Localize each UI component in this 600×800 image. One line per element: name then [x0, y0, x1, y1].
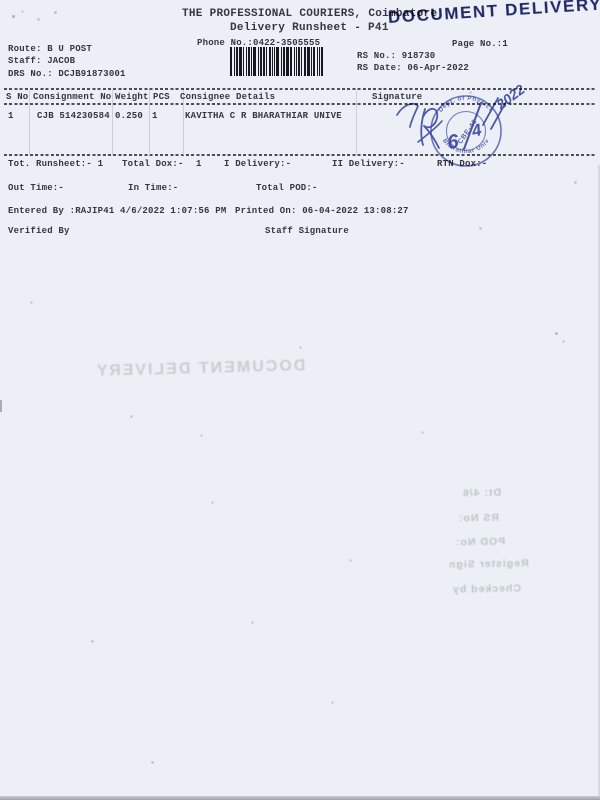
document-subtitle: Delivery Runsheet - P41 [230, 22, 389, 35]
barcode-bar [272, 47, 273, 76]
barcode-bar [248, 47, 250, 76]
page-number: Page No.:1 [452, 39, 508, 50]
tot-runsheet: Tot. Runsheet:- 1 [8, 159, 103, 170]
paper-noise-specks [0, 0, 1, 1]
barcode-bar [246, 47, 247, 76]
barcode-bar [251, 47, 252, 76]
barcode-bar [321, 47, 323, 76]
barcode-bar [243, 47, 244, 76]
rs-number-field: RS No.: 918730 [357, 51, 435, 62]
barcode-bar [253, 47, 256, 76]
cell-weight: 0.250 [115, 111, 143, 122]
column-rule [29, 90, 30, 155]
scan-edge-mark [0, 400, 2, 412]
bleed-through-stamp: DOCUMENT DELIVERY [95, 357, 306, 380]
total-dox-value: 1 [196, 159, 202, 170]
cell-pcs: 1 [152, 111, 158, 122]
seal-arc-top-text: Dept. of Physics [437, 95, 495, 114]
barcode-bar [319, 47, 320, 76]
out-time: Out Time:- [8, 183, 64, 194]
barcode-bar [258, 47, 259, 76]
barcode-bar [266, 47, 267, 76]
bleed-through-line: Register Sign [448, 557, 529, 570]
i-delivery: I Delivery:- [224, 159, 291, 170]
svg-text:Dept. of Physics: Dept. of Physics [437, 95, 495, 114]
cell-consignment-no: CJB 514230584 [37, 111, 110, 122]
barcode-bar [298, 47, 300, 76]
total-dox-label: Total Dox:- [122, 159, 184, 170]
scan-edge-bottom [0, 796, 600, 800]
barcode-bar [304, 47, 306, 76]
col-header-consignee: Consignee Details [180, 92, 275, 103]
barcode-bar [260, 47, 262, 76]
barcode-bar [283, 47, 285, 76]
barcode-bar [263, 47, 265, 76]
signature-and-seal: Dept. of Physics Bharathiar Univ CBE-46 … [385, 85, 600, 175]
total-pod: Total POD:- [256, 183, 318, 194]
barcode-bar [276, 47, 279, 76]
barcode-bar [230, 47, 232, 76]
col-header-sno: S No [6, 92, 28, 103]
printed-on: Printed On: 06-04-2022 13:08:27 [235, 206, 409, 217]
barcode-bar [296, 47, 297, 76]
rs-date-field: RS Date: 06-Apr-2022 [357, 63, 469, 74]
bleed-through-line: Dt: 4/6 [462, 487, 501, 500]
scanned-delivery-runsheet: THE PROFESSIONAL COURIERS, Coimbatore De… [0, 0, 600, 800]
col-header-pcs: PCS [153, 92, 170, 103]
date-year: 2022 [492, 85, 527, 113]
barcode-bar [294, 47, 295, 76]
drs-number-field: DRS No.: DCJB91873001 [8, 69, 126, 80]
column-rule [356, 90, 357, 155]
university-seal-icon: Dept. of Physics Bharathiar Univ CBE-46 [431, 95, 501, 166]
barcode-bar [290, 47, 292, 76]
col-header-weight: Weight [115, 92, 149, 103]
cell-sno: 1 [8, 111, 14, 122]
barcode-bar [301, 47, 302, 76]
barcode-bar [286, 47, 289, 76]
barcode-bar [281, 47, 282, 76]
barcode-bar [269, 47, 271, 76]
document-delivery-stamp: DOCUMENT DELIVERY [387, 0, 600, 28]
date-month: 4 [469, 120, 484, 141]
barcode-bar [236, 47, 238, 76]
barcode [230, 47, 336, 76]
barcode-bar [239, 47, 242, 76]
bleed-through-line: Checked by [452, 582, 521, 595]
route-field: Route: B U POST [8, 44, 92, 55]
barcode-bar [317, 47, 318, 76]
barcode-bar [313, 47, 315, 76]
verified-by: Verified By [8, 226, 70, 237]
bleed-through-line: POD No: [455, 536, 505, 549]
barcode-bar [311, 47, 312, 76]
in-time: In Time:- [128, 183, 178, 194]
column-rule [149, 90, 150, 155]
col-header-consignment: Consignment No [33, 92, 111, 103]
staff-field: Staff: JACOB [8, 56, 75, 67]
barcode-bar [274, 47, 275, 76]
barcode-bar [307, 47, 310, 76]
entered-by: Entered By :RAJIP41 4/6/2022 1:07:56 PM [8, 206, 226, 217]
barcode-bar [234, 47, 235, 76]
bleed-through-line: RS No: [458, 512, 499, 525]
staff-signature-label: Staff Signature [265, 226, 349, 237]
signature-scrawl [397, 104, 442, 148]
cell-consignee: KAVITHA C R BHARATHIAR UNIVE [185, 111, 342, 122]
column-rule [112, 90, 113, 155]
